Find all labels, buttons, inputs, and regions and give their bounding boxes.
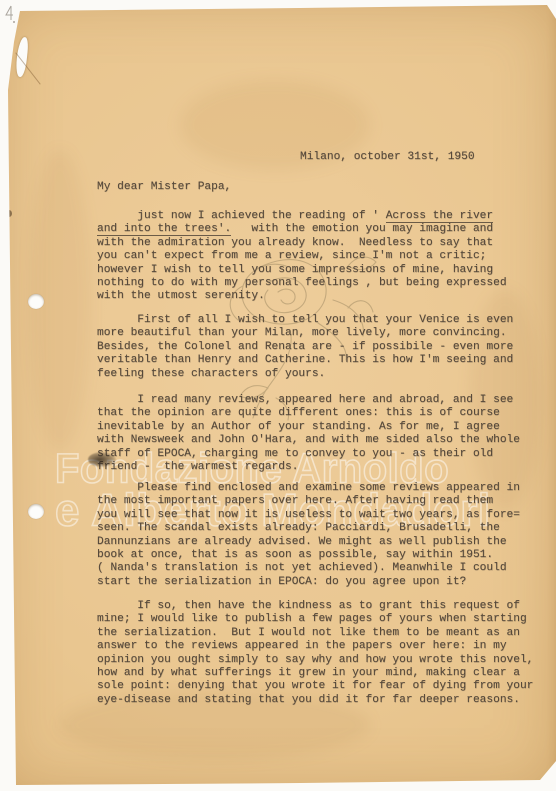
ink-smudge bbox=[88, 452, 116, 467]
paragraph-5: If so, then have the kindness as to gran… bbox=[97, 600, 533, 707]
paragraph-3: I read many reviews, appeared here and a… bbox=[97, 394, 520, 474]
letter-line: you will see that now it is useless to w… bbox=[97, 509, 520, 522]
letter-line: with the utmost serenity. bbox=[97, 290, 507, 303]
paragraph-2: First of all I wish to tell you that you… bbox=[97, 314, 513, 381]
letter-line: just now I achieved the reading of ' Acr… bbox=[97, 210, 507, 223]
letter-line: Besides, the Colonel and Renata are - if… bbox=[97, 341, 513, 354]
letter-line: nothing to do with my personal feelings … bbox=[97, 277, 507, 290]
letter-line: that the opinion are quite different one… bbox=[97, 407, 520, 420]
letter-line: more beautiful than your Milan, more liv… bbox=[97, 327, 513, 340]
punch-hole-top bbox=[28, 294, 44, 309]
edge-speck bbox=[6, 210, 12, 217]
letter-line: book at once, that is as soon as possibl… bbox=[97, 549, 520, 562]
letter-line: Dannunzians are already advised. We migh… bbox=[97, 536, 520, 549]
letter-line: staff of EPOCA, charging me to convey to… bbox=[97, 448, 520, 461]
letter-line: feeling these characters of yours. bbox=[97, 368, 513, 381]
letter-line: veritable than Henry and Catherine. This… bbox=[97, 354, 513, 367]
pencil-mark bbox=[2, 4, 18, 26]
letter-line: If so, then have the kindness as to gran… bbox=[97, 600, 533, 613]
paragraph-1: just now I achieved the reading of ' Acr… bbox=[97, 210, 507, 304]
letter-line: inevitable by an Author of your standing… bbox=[97, 421, 520, 434]
letter-line: First of all I wish to tell you that you… bbox=[97, 314, 513, 327]
letter-line: eye-disease and stating that you did it … bbox=[97, 694, 533, 707]
letter-line: Please find enclosed and examine some re… bbox=[97, 482, 520, 495]
salutation: My dear Mister Papa, bbox=[97, 181, 231, 194]
scanned-letter-page: Fondazione Arnoldo e Alberto Mondadori M… bbox=[0, 0, 556, 791]
paragraph-4: Please find enclosed and examine some re… bbox=[97, 482, 520, 589]
letter-line: the serialization. But I would not like … bbox=[97, 627, 533, 640]
letter-line: the most important papers over here. Aft… bbox=[97, 495, 520, 508]
letter-line: seen. The scandal exists already: Paccia… bbox=[97, 522, 520, 535]
letter-line: friend - the warmest regards. bbox=[97, 461, 520, 474]
letter-line: and into the trees'. with the emotion yo… bbox=[97, 223, 507, 236]
letter-line: answer to the reviews appeared in the pa… bbox=[97, 640, 533, 653]
letter-line: sole point: denying that you wrote it fo… bbox=[97, 680, 533, 693]
letter-line: how and by what sufferings it grew in yo… bbox=[97, 667, 533, 680]
letter-line: opinion you ought simply to say why and … bbox=[97, 654, 533, 667]
letter-line: mine; I would like to publish a few page… bbox=[97, 613, 533, 626]
staple-tear bbox=[15, 37, 29, 78]
punch-hole-bottom bbox=[28, 504, 44, 519]
date-line: Milano, october 31st, 1950 bbox=[300, 151, 475, 164]
letter-line: with Newsweek and John O'Hara, and with … bbox=[97, 434, 520, 447]
letter-line: with the admiration you already know. Ne… bbox=[97, 237, 507, 250]
letter-line: start the serialization in EPOCA: do you… bbox=[97, 576, 520, 589]
letter-line: I read many reviews, appeared here and a… bbox=[97, 394, 520, 407]
letter-line: you can't expect from me a review, since… bbox=[97, 250, 507, 263]
letter-paper: Fondazione Arnoldo e Alberto Mondadori M… bbox=[0, 0, 556, 791]
letter-line: ( Nanda's translation is not yet achieve… bbox=[97, 562, 520, 575]
letter-line: however I wish to tell you some impressi… bbox=[97, 264, 507, 277]
